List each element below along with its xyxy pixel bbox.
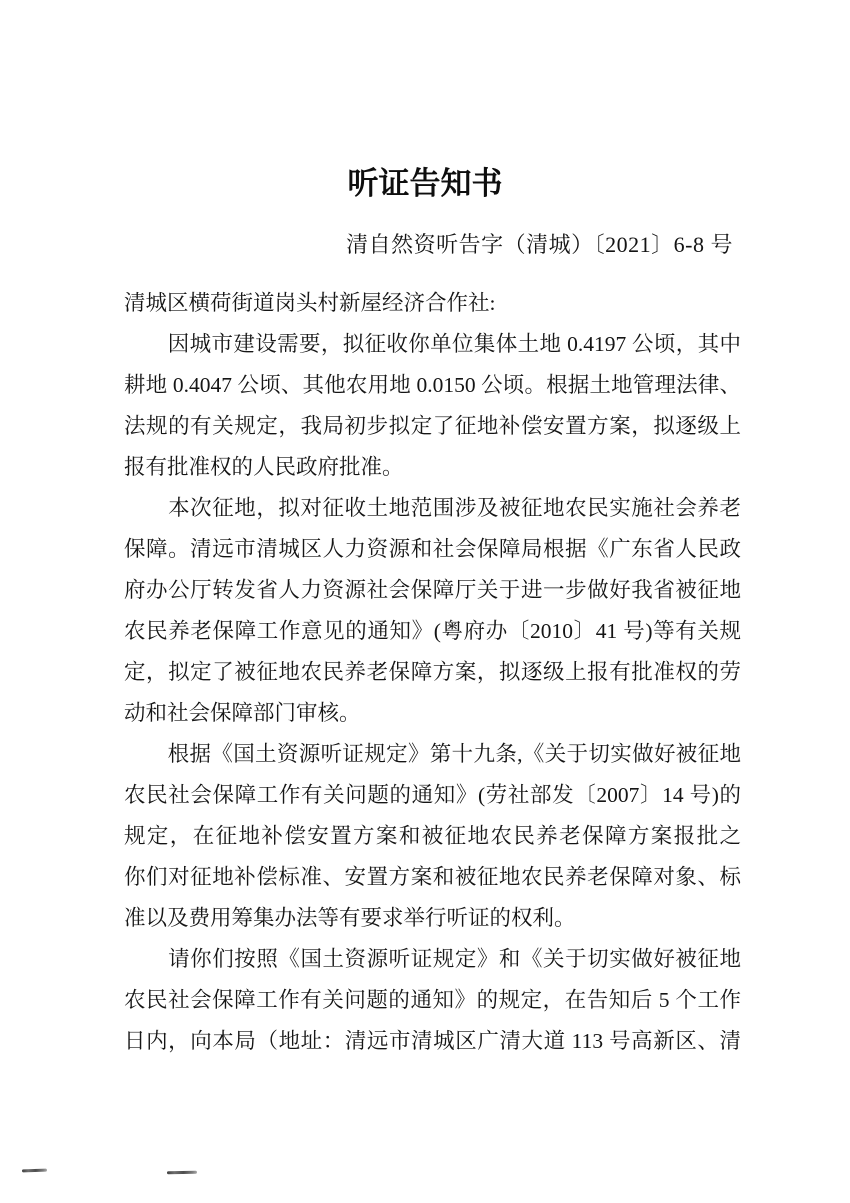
body-line: 因城市建设需要，拟征收你单位集体土地 0.4197 公顷，其中 [124, 324, 741, 365]
body-line: 耕地 0.4047 公顷、其他农用地 0.0150 公顷。根据土地管理法律、 [124, 365, 741, 406]
body-line: 请你们按照《国土资源听证规定》和《关于切实做好被征地 [124, 939, 741, 980]
document-title: 听证告知书 [0, 165, 850, 203]
body-line: 农民养老保障工作意见的通知》(粤府办〔2010〕41 号)等有关规 [124, 611, 741, 652]
document-number: 清自然资听告字（清城）〔2021〕6-8 号 [346, 232, 733, 258]
scanned-document-page: 听证告知书 清自然资听告字（清城）〔2021〕6-8 号 清城区横荷街道岗头村新… [0, 0, 850, 1203]
body-line: 报有批准权的人民政府批准。 [124, 447, 741, 488]
body-line: 农民社会保障工作有关问题的通知》(劳社部发〔2007〕14 号)的 [124, 775, 741, 816]
body-line: 保障。清远市清城区人力资源和社会保障局根据《广东省人民政 [124, 529, 741, 570]
body-line: 准以及费用筹集办法等有要求举行听证的权利。 [124, 898, 741, 939]
scan-smudge-right [167, 1171, 197, 1175]
body-line: 定，拟定了被征地农民养老保障方案，拟逐级上报有批准权的劳 [124, 652, 741, 693]
body-line: 农民社会保障工作有关问题的通知》的规定，在告知后 5 个工作 [124, 980, 741, 1021]
body-line: 清城区横荷街道岗头村新屋经济合作社: [124, 283, 741, 324]
scan-smudge-left [22, 1169, 47, 1173]
document-body: 清城区横荷街道岗头村新屋经济合作社: 因城市建设需要，拟征收你单位集体土地 0.… [124, 283, 741, 1062]
body-line: 府办公厅转发省人力资源社会保障厅关于进一步做好我省被征地 [124, 570, 741, 611]
body-line: 本次征地，拟对征收土地范围涉及被征地农民实施社会养老 [124, 488, 741, 529]
body-line: 根据《国土资源听证规定》第十九条,《关于切实做好被征地 [124, 734, 741, 775]
body-line: 动和社会保障部门审核。 [124, 693, 741, 734]
body-line: 你们对征地补偿标准、安置方案和被征地农民养老保障对象、标 [124, 857, 741, 898]
body-line: 日内，向本局（地址：清远市清城区广清大道 113 号高新区、清 [124, 1021, 741, 1062]
body-line: 规定，在征地补偿安置方案和被征地农民养老保障方案报批之前， [124, 816, 741, 857]
body-line: 法规的有关规定，我局初步拟定了征地补偿安置方案，拟逐级上 [124, 406, 741, 447]
